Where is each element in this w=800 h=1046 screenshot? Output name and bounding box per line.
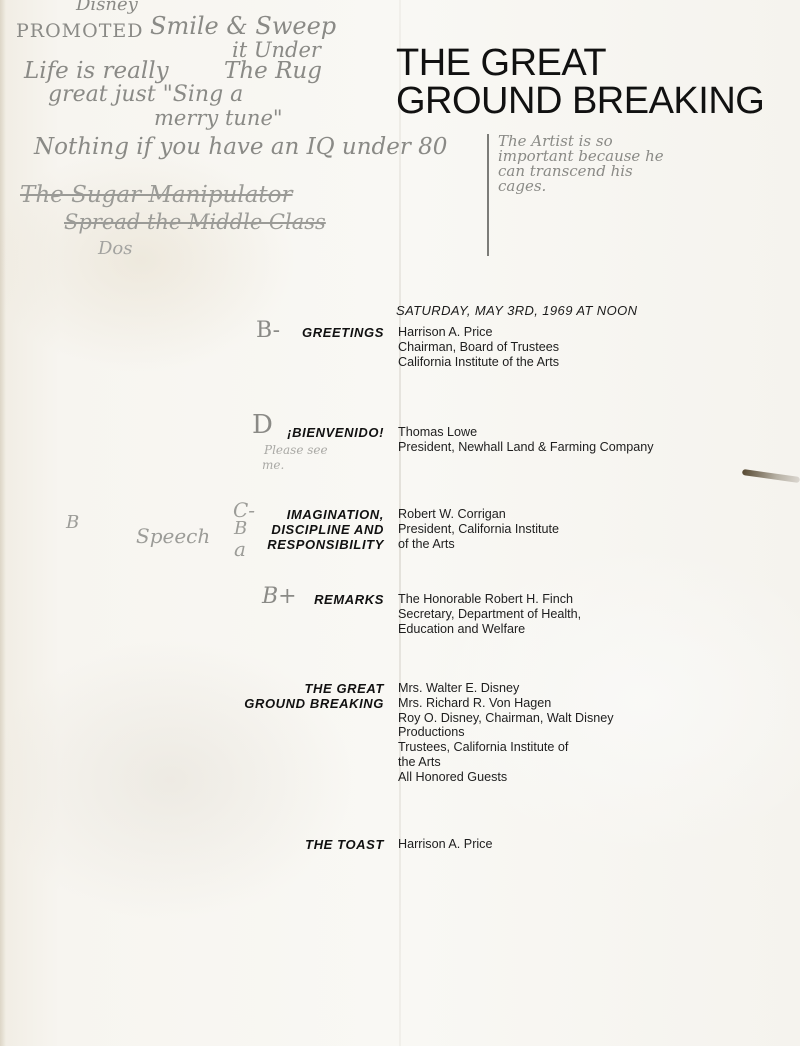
handwritten-grade-imagination-2: B (234, 518, 247, 539)
handwritten-promoted: PROMOTED (16, 20, 143, 42)
detail-line: All Honored Guests (398, 770, 614, 785)
handwritten-grade-greetings: B- (256, 318, 280, 343)
handwritten-disney: Disney (76, 0, 138, 15)
detail-line: President, Newhall Land & Farming Compan… (398, 440, 654, 455)
detail-line: Trustees, California Institute of (398, 740, 614, 755)
handwritten-sugar-manipulator: The Sugar Manipulator (20, 182, 293, 208)
handwritten-nothing-iq: Nothing if you have an IQ under 80 (34, 134, 447, 160)
detail-line: Education and Welfare (398, 622, 581, 637)
detail-line: Secretary, Department of Health, (398, 607, 581, 622)
handwritten-speech: Speech (136, 524, 210, 548)
handwritten-the-rug: The Rug (224, 58, 322, 84)
handwritten-merry-tune: merry tune" (154, 106, 283, 130)
detail-line: Chairman, Board of Trustees (398, 340, 559, 355)
detail-line: Mrs. Walter E. Disney (398, 681, 614, 696)
program-details: Harrison A. Price (398, 837, 492, 852)
program-label: IMAGINATION, DISCIPLINE AND RESPONSIBILI… (267, 507, 384, 552)
program-details: Mrs. Walter E. Disney Mrs. Richard R. Vo… (398, 681, 614, 785)
title-line-2: GROUND BREAKING (396, 82, 764, 120)
handwritten-dos: Dos (98, 238, 133, 259)
handwritten-grade-b: B (66, 512, 79, 533)
detail-line: The Honorable Robert H. Finch (398, 592, 581, 607)
program-details: Thomas Lowe President, Newhall Land & Fa… (398, 425, 654, 455)
program-label: REMARKS (314, 592, 384, 607)
detail-line: the Arts (398, 755, 614, 770)
handwritten-me: me. (262, 458, 284, 472)
title-line-1: THE GREAT (396, 44, 764, 82)
program-details: Robert W. Corrigan President, California… (398, 507, 559, 551)
event-date: SATURDAY, MAY 3RD, 1969 AT NOON (396, 303, 637, 318)
handwritten-grade-remarks: B+ (262, 584, 297, 609)
handwritten-smile-sweep: Smile & Sweep (150, 12, 336, 40)
detail-line: Productions (398, 725, 614, 740)
program-label: THE TOAST (305, 837, 384, 852)
label-line: THE GREAT (244, 681, 384, 696)
detail-line: California Institute of the Arts (398, 355, 559, 370)
handwritten-middle-class: Spread the Middle Class (64, 210, 326, 234)
detail-line: Mrs. Richard R. Von Hagen (398, 696, 614, 711)
program-label: THE GREAT GROUND BREAKING (244, 681, 384, 711)
detail-line: Roy O. Disney, Chairman, Walt Disney (398, 711, 614, 726)
document-title: THE GREAT GROUND BREAKING (396, 44, 764, 120)
handwritten-great-just: great just "Sing a (48, 82, 243, 107)
paper-edge-stain (0, 0, 6, 1046)
detail-line: President, California Institute (398, 522, 559, 537)
detail-line: Robert W. Corrigan (398, 507, 559, 522)
detail-line: Harrison A. Price (398, 837, 492, 852)
label-line: IMAGINATION, (267, 507, 384, 522)
detail-line: of the Arts (398, 537, 559, 552)
label-line: ¡BIENVENIDO! (287, 425, 384, 440)
label-line: DISCIPLINE AND (267, 522, 384, 537)
handwritten-artist-note: The Artist is so important because he ca… (498, 134, 664, 194)
program-label: GREETINGS (302, 325, 384, 340)
program-label: ¡BIENVENIDO! (287, 425, 384, 440)
label-line: RESPONSIBILITY (267, 537, 384, 552)
label-line: GREETINGS (302, 325, 384, 340)
detail-line: Harrison A. Price (398, 325, 559, 340)
handwritten-grade-imagination-3: a (234, 537, 246, 561)
handwritten-divider-line (487, 134, 489, 256)
program-details: Harrison A. Price Chairman, Board of Tru… (398, 325, 559, 369)
detail-line: Thomas Lowe (398, 425, 654, 440)
label-line: GROUND BREAKING (244, 696, 384, 711)
artist-note-line-4: cages. (498, 179, 664, 194)
label-line: REMARKS (314, 592, 384, 607)
handwritten-life-is: Life is really (24, 58, 169, 84)
handwritten-grade-bienvenido: D (252, 410, 273, 440)
label-line: THE TOAST (305, 837, 384, 852)
program-details: The Honorable Robert H. Finch Secretary,… (398, 592, 581, 636)
handwritten-please-see: Please see (264, 443, 328, 457)
